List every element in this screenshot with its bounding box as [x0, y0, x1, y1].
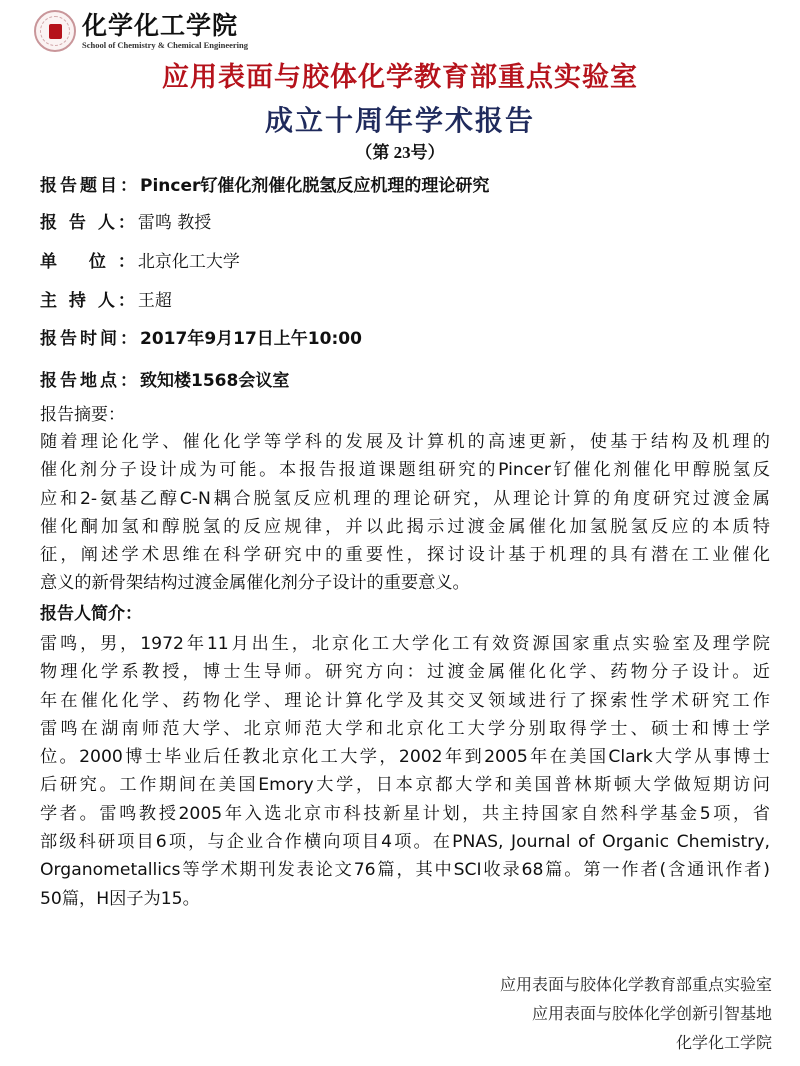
organizer-signature: 应用表面与胶体化学教育部重点实验室 应用表面与胶体化学创新引智基地 化学化工学院 — [500, 970, 772, 1057]
bio-heading: 报告人简介： — [40, 602, 142, 626]
abstract-line: 催化酮加氢和醇脱氢的反应规律，并以此揭示过渡金属催化加氢脱氢反应的本质特 — [40, 513, 770, 541]
bio-line: 雷鸣在湖南师范大学、北京师范大学和北京化工大学分别取得学士、硕士和博士学 — [40, 715, 770, 743]
bio-line: 雷鸣，男，1972年11月出生，北京化工大学化工有效资源国家重点实验室及理学院 — [40, 630, 770, 658]
field-value: 雷鸣 教授 — [138, 211, 211, 235]
field-value: 王超 — [138, 289, 172, 313]
field-value: Pincer钌催化剂催化脱氢反应机理的理论研究 — [140, 174, 489, 198]
abstract-line: 应和2-氨基乙醇C-N耦合脱氢反应机理的理论研究，从理论计算的角度研究过渡金属 — [40, 485, 770, 513]
field-affiliation: 单 位 ：北京化工大学 — [40, 250, 240, 274]
bio-line: 后研究。工作期间在美国Emory大学，日本京都大学和美国普林斯顿大学做短期访问 — [40, 771, 770, 799]
organizer-line: 化学化工学院 — [500, 1028, 772, 1057]
school-name-en: School of Chemistry & Chemical Engineeri… — [82, 40, 248, 50]
school-header: 化学化工学院 School of Chemistry & Chemical En… — [34, 9, 248, 53]
field-host: 主 持 人：王超 — [40, 289, 172, 313]
bio-line: 物理化学系教授，博士生导师。研究方向：过渡金属催化化学、药物分子设计。近 — [40, 658, 770, 686]
bio-line: 50篇，H因子为15。 — [40, 885, 770, 913]
field-value: 2017年9月17日上午10:00 — [140, 327, 362, 351]
organizer-line: 应用表面与胶体化学教育部重点实验室 — [500, 970, 772, 999]
bio-line: 学者。雷鸣教授2005年入选北京市科技新星计划，共主持国家自然科学基金5项，省 — [40, 800, 770, 828]
abstract-line: 征，阐述学术思维在科学研究中的重要性，探讨设计基于机理的具有潜在工业催化 — [40, 541, 770, 569]
field-label: 报告题目： — [40, 174, 140, 198]
bio-line: 部级科研项目6项，与企业合作横向项目4项。在PNAS, Journal of O… — [40, 828, 770, 856]
event-title: 成立十周年学术报告 — [0, 103, 800, 139]
bio-line: 位。2000博士毕业后任教北京化工大学，2002年到2005年在美国Clark大… — [40, 743, 770, 771]
issue-number: （第 23号） — [0, 142, 800, 164]
abstract-body: 随着理论化学、催化化学等学科的发展及计算机的高速更新，使基于结构及机理的 催化剂… — [40, 428, 770, 598]
field-label: 单 位 ： — [40, 250, 138, 274]
seal-emblem-icon — [49, 24, 62, 39]
field-value: 北京化工大学 — [138, 250, 240, 274]
lab-title: 应用表面与胶体化学教育部重点实验室 — [0, 60, 800, 96]
field-label: 报告时间： — [40, 327, 140, 351]
field-value: 致知楼1568会议室 — [140, 369, 289, 393]
bio-body: 雷鸣，男，1972年11月出生，北京化工大学化工有效资源国家重点实验室及理学院 … — [40, 630, 770, 913]
field-time: 报告时间：2017年9月17日上午10:00 — [40, 327, 362, 351]
bio-line: 年在催化化学、药物化学、理论计算化学及其交叉领域进行了探索性学术研究工作 — [40, 687, 770, 715]
abstract-heading: 报告摘要： — [40, 403, 125, 427]
school-name-cn: 化学化工学院 — [82, 12, 248, 40]
field-label: 报告地点： — [40, 369, 140, 393]
abstract-line: 催化剂分子设计成为可能。本报告报道课题组研究的Pincer钌催化剂催化甲醇脱氢反 — [40, 456, 770, 484]
field-label: 报 告 人： — [40, 211, 138, 235]
field-label: 主 持 人： — [40, 289, 138, 313]
field-location: 报告地点：致知楼1568会议室 — [40, 369, 289, 393]
organizer-line: 应用表面与胶体化学创新引智基地 — [500, 999, 772, 1028]
abstract-line: 随着理论化学、催化化学等学科的发展及计算机的高速更新，使基于结构及机理的 — [40, 428, 770, 456]
bio-line: Organometallics等学术期刊发表论文76篇，其中SCI收录68篇。第… — [40, 856, 770, 884]
school-seal-icon — [34, 10, 76, 52]
abstract-line: 意义的新骨架结构过渡金属催化剂分子设计的重要意义。 — [40, 569, 770, 597]
field-report-title: 报告题目：Pincer钌催化剂催化脱氢反应机理的理论研究 — [40, 174, 489, 198]
field-speaker: 报 告 人： 雷鸣 教授 — [40, 211, 211, 235]
school-logo: 化学化工学院 School of Chemistry & Chemical En… — [82, 12, 248, 50]
